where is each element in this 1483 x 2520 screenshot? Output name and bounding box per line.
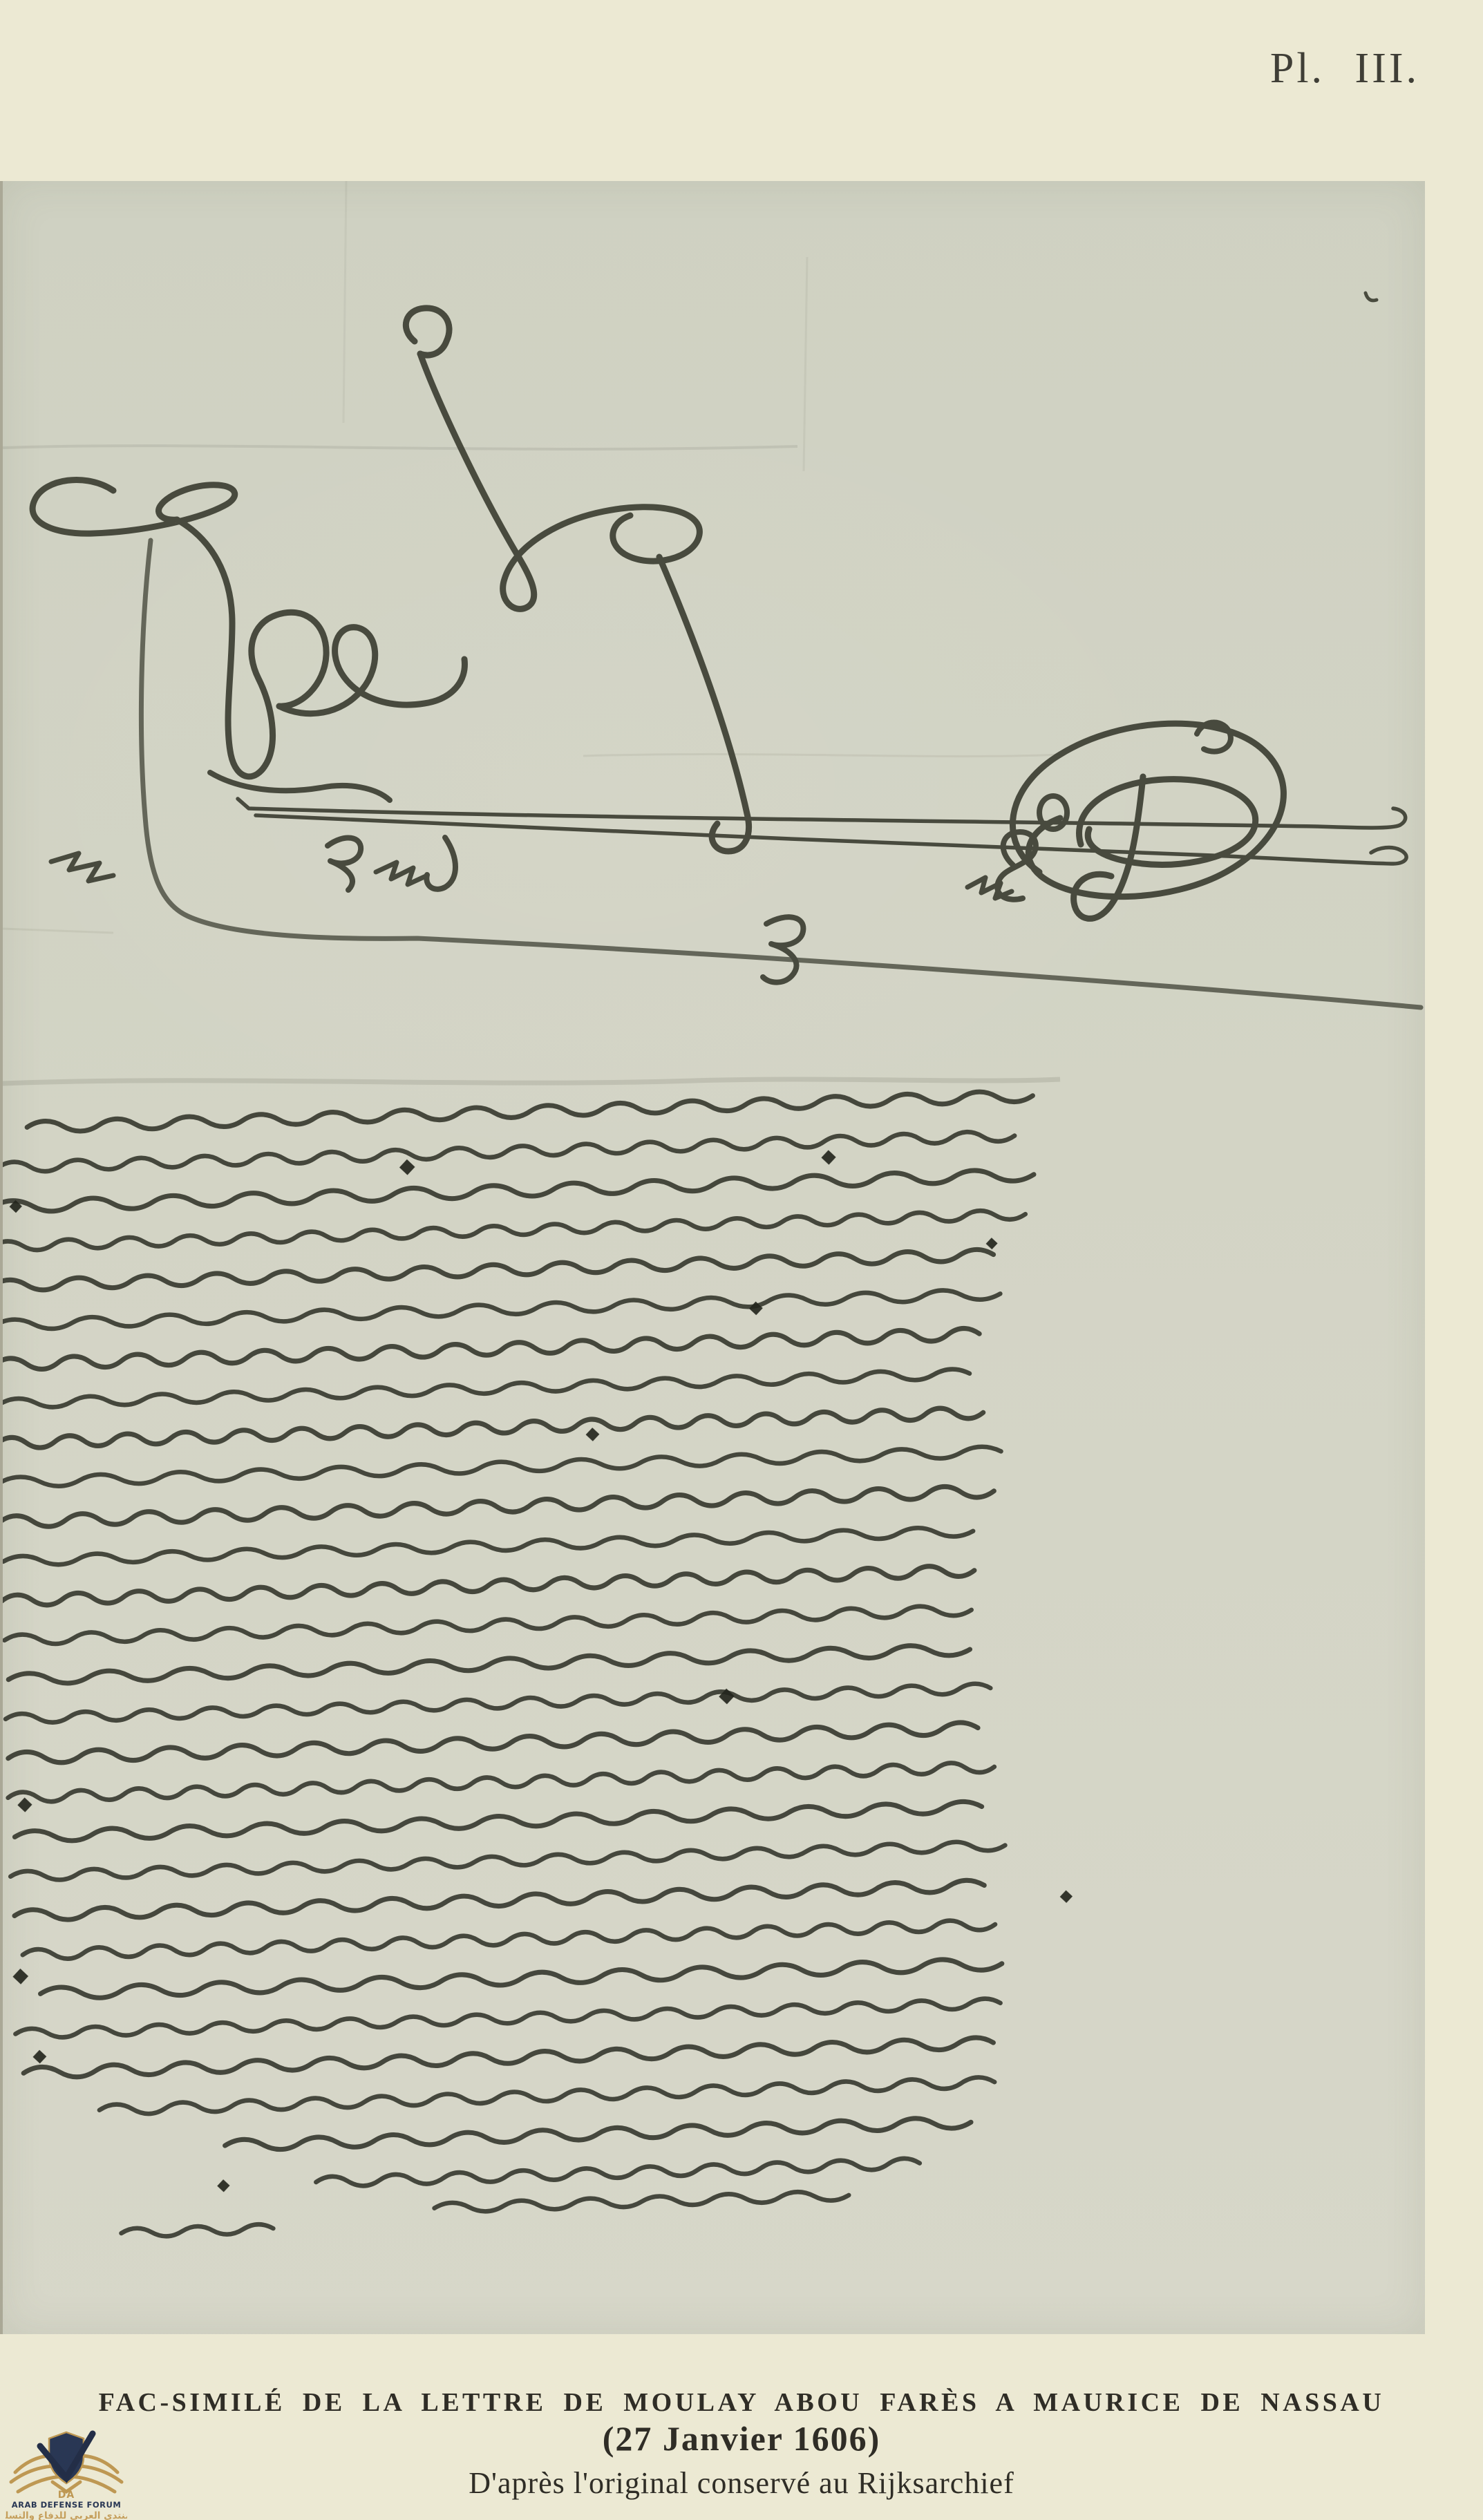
manuscript-artwork-svg xyxy=(3,181,1425,2334)
flourish-left-loops xyxy=(32,480,235,533)
watermark-monogram: DA xyxy=(58,2490,75,2501)
photo-creases xyxy=(3,181,1060,1083)
caption-title: FAC-SIMILÉ DE LA LETTRE DE MOULAY ABOU F… xyxy=(0,2387,1483,2418)
caption-source: D'après l'original conservé au Rijksarch… xyxy=(0,2465,1483,2501)
flourish-right-oval-outer xyxy=(1012,723,1283,897)
flourish-tall-loops-2 xyxy=(279,627,464,714)
stray-ink-mark xyxy=(1366,293,1377,301)
manuscript-text-lines xyxy=(3,1090,1068,2241)
flourish-bottom-hook xyxy=(426,837,455,889)
flourish-tiny-z-mark xyxy=(51,853,113,881)
scanned-plate-page: Pl. III. xyxy=(0,0,1483,2520)
shield-icon xyxy=(40,2432,93,2492)
watermark-name: ARAB DEFENSE FORUM xyxy=(12,2500,122,2510)
caption-date: (27 Janvier 1606) xyxy=(0,2418,1483,2459)
flourish-rule-lower xyxy=(256,815,1406,864)
flourish-bottom-zigzag xyxy=(376,862,426,884)
flourish-top-curl xyxy=(406,308,449,355)
watermark-name-arabic: المنتدى العربي للدفاع والتسليح xyxy=(6,2510,127,2520)
flourish-big-c-and-bottom-line xyxy=(141,540,1421,1007)
plate-label: Pl. III. xyxy=(1270,44,1419,93)
watermark-logo: DA ARAB DEFENSE FORUM المنتدى العربي للد… xyxy=(6,2427,127,2520)
flourish-central-descender xyxy=(420,354,699,609)
flourish-z2-mark xyxy=(763,917,803,982)
flourish-mid-zigzag xyxy=(967,878,1012,898)
flourish-base-squiggle xyxy=(210,773,390,800)
facsimile-photo xyxy=(3,181,1425,2334)
flourish-tall-loops-1 xyxy=(177,520,326,777)
flourish-bottom-s-mark xyxy=(328,838,361,890)
flourish-long-diagonal xyxy=(659,557,749,851)
signature-flourish xyxy=(32,293,1421,1007)
